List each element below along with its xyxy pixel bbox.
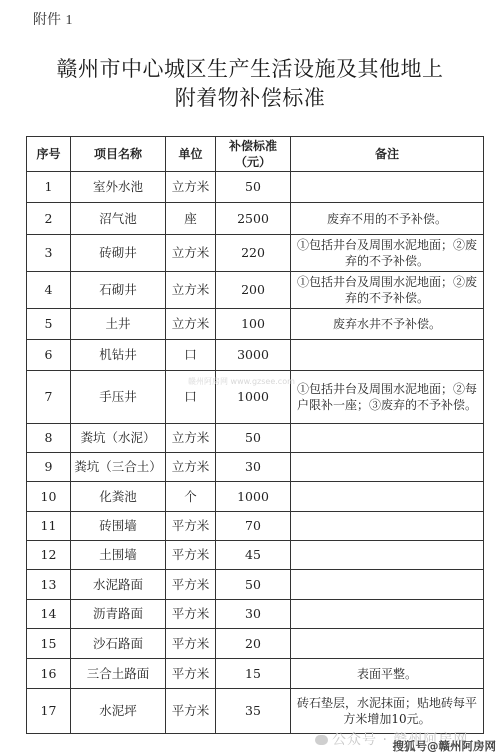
row-standard: 50 [216,172,291,203]
row-index: 14 [27,600,71,629]
row-index: 15 [27,629,71,659]
row-unit: 平方米 [166,600,216,629]
row-name: 手压井 [71,371,166,424]
table-row: 13水泥路面平方米50 [27,570,484,600]
title-line-2: 附着物补偿标准 [0,84,500,113]
row-name: 沙石路面 [71,629,166,659]
row-unit: 立方米 [166,424,216,453]
attachment-label: 附件 1 [33,9,72,29]
row-index: 10 [27,482,71,512]
inline-watermark: 赣州阿房网 www.gzsee.com [188,376,295,387]
row-index: 2 [27,203,71,235]
row-unit: 口 [166,340,216,371]
row-index: 3 [27,235,71,272]
row-name: 沥青路面 [71,600,166,629]
row-name: 土井 [71,309,166,340]
row-index: 13 [27,570,71,600]
wechat-icon [315,735,328,745]
row-unit: 平方米 [166,541,216,570]
row-name: 室外水池 [71,172,166,203]
row-index: 9 [27,453,71,482]
row-note: 表面平整。 [291,659,484,689]
row-unit: 平方米 [166,629,216,659]
row-unit: 平方米 [166,512,216,541]
row-name: 沼气池 [71,203,166,235]
header-name: 项目名称 [71,137,166,172]
row-name: 化粪池 [71,482,166,512]
table-row: 9粪坑（三合土）立方米30 [27,453,484,482]
table-row: 11砖围墙平方米70 [27,512,484,541]
row-standard: 2500 [216,203,291,235]
row-name: 机钻井 [71,340,166,371]
row-note: ①包括井台及周围水泥地面；②废弃的不予补偿。 [291,235,484,272]
row-note [291,570,484,600]
row-note [291,629,484,659]
row-index: 16 [27,659,71,689]
row-standard: 50 [216,424,291,453]
table-row: 4石砌井立方米200①包括井台及周围水泥地面；②废弃的不予补偿。 [27,272,484,309]
row-note [291,172,484,203]
table-row: 17水泥坪平方米35砖石垫层，水泥抹面；贴地砖每平方米增加10元。 [27,689,484,734]
row-note [291,453,484,482]
row-note [291,340,484,371]
row-standard: 15 [216,659,291,689]
row-standard: 220 [216,235,291,272]
row-note [291,600,484,629]
table-row: 3砖砌井立方米220①包括井台及周围水泥地面；②废弃的不予补偿。 [27,235,484,272]
row-standard: 35 [216,689,291,734]
attachment-number: 1 [65,13,72,28]
row-index: 12 [27,541,71,570]
row-standard: 3000 [216,340,291,371]
row-index: 5 [27,309,71,340]
row-standard: 30 [216,453,291,482]
row-note: 废弃不用的不予补偿。 [291,203,484,235]
sohu-watermark: 搜狐号@赣州阿房网 [393,738,497,754]
table-row: 15沙石路面平方米20 [27,629,484,659]
table-row: 5土井立方米100废弃水井不予补偿。 [27,309,484,340]
row-index: 8 [27,424,71,453]
table-header-row: 序号 项目名称 单位 补偿标准 （元） 备注 [27,137,484,172]
header-standard-line2: （元） [219,154,287,170]
row-standard: 1000 [216,482,291,512]
row-unit: 立方米 [166,453,216,482]
table-row: 16三合土路面平方米15表面平整。 [27,659,484,689]
table-row: 14沥青路面平方米30 [27,600,484,629]
row-name: 砖围墙 [71,512,166,541]
row-note [291,541,484,570]
row-standard: 200 [216,272,291,309]
row-unit: 立方米 [166,172,216,203]
row-unit: 平方米 [166,659,216,689]
row-standard: 45 [216,541,291,570]
row-name: 水泥坪 [71,689,166,734]
table-row: 2沼气池座2500废弃不用的不予补偿。 [27,203,484,235]
row-index: 1 [27,172,71,203]
row-unit: 立方米 [166,309,216,340]
row-index: 7 [27,371,71,424]
row-unit: 个 [166,482,216,512]
row-name: 水泥路面 [71,570,166,600]
table-row: 8粪坑（水泥）立方米50 [27,424,484,453]
row-note: 砖石垫层，水泥抹面；贴地砖每平方米增加10元。 [291,689,484,734]
row-name: 砖砌井 [71,235,166,272]
row-standard: 100 [216,309,291,340]
row-index: 4 [27,272,71,309]
row-note: 废弃水井不予补偿。 [291,309,484,340]
document-title: 赣州市中心城区生产生活设施及其他地上 附着物补偿标准 [0,55,500,113]
table-row: 12土围墙平方米45 [27,541,484,570]
row-note [291,424,484,453]
row-index: 11 [27,512,71,541]
row-unit: 立方米 [166,272,216,309]
row-standard: 20 [216,629,291,659]
row-unit: 平方米 [166,689,216,734]
row-index: 17 [27,689,71,734]
row-note: ①包括井台及周围水泥地面；②每户限补一座；③废弃的不予补偿。 [291,371,484,424]
row-unit: 立方米 [166,235,216,272]
row-note: ①包括井台及周围水泥地面；②废弃的不予补偿。 [291,272,484,309]
row-name: 粪坑（三合土） [71,453,166,482]
row-standard: 70 [216,512,291,541]
row-name: 土围墙 [71,541,166,570]
table-row: 6机钻井口3000 [27,340,484,371]
compensation-table: 序号 项目名称 单位 补偿标准 （元） 备注 1室外水池立方米502沼气池座25… [26,136,484,734]
header-unit: 单位 [166,137,216,172]
attachment-label-text: 附件 [33,12,61,28]
table-row: 1室外水池立方米50 [27,172,484,203]
row-note [291,512,484,541]
title-line-1: 赣州市中心城区生产生活设施及其他地上 [0,55,500,84]
row-name: 粪坑（水泥） [71,424,166,453]
header-index: 序号 [27,137,71,172]
header-standard: 补偿标准 （元） [216,137,291,172]
row-name: 三合土路面 [71,659,166,689]
row-standard: 30 [216,600,291,629]
header-standard-line1: 补偿标准 [219,138,287,154]
row-index: 6 [27,340,71,371]
row-standard: 50 [216,570,291,600]
row-note [291,482,484,512]
table-row: 10化粪池个1000 [27,482,484,512]
row-unit: 座 [166,203,216,235]
row-unit: 平方米 [166,570,216,600]
row-name: 石砌井 [71,272,166,309]
header-note: 备注 [291,137,484,172]
